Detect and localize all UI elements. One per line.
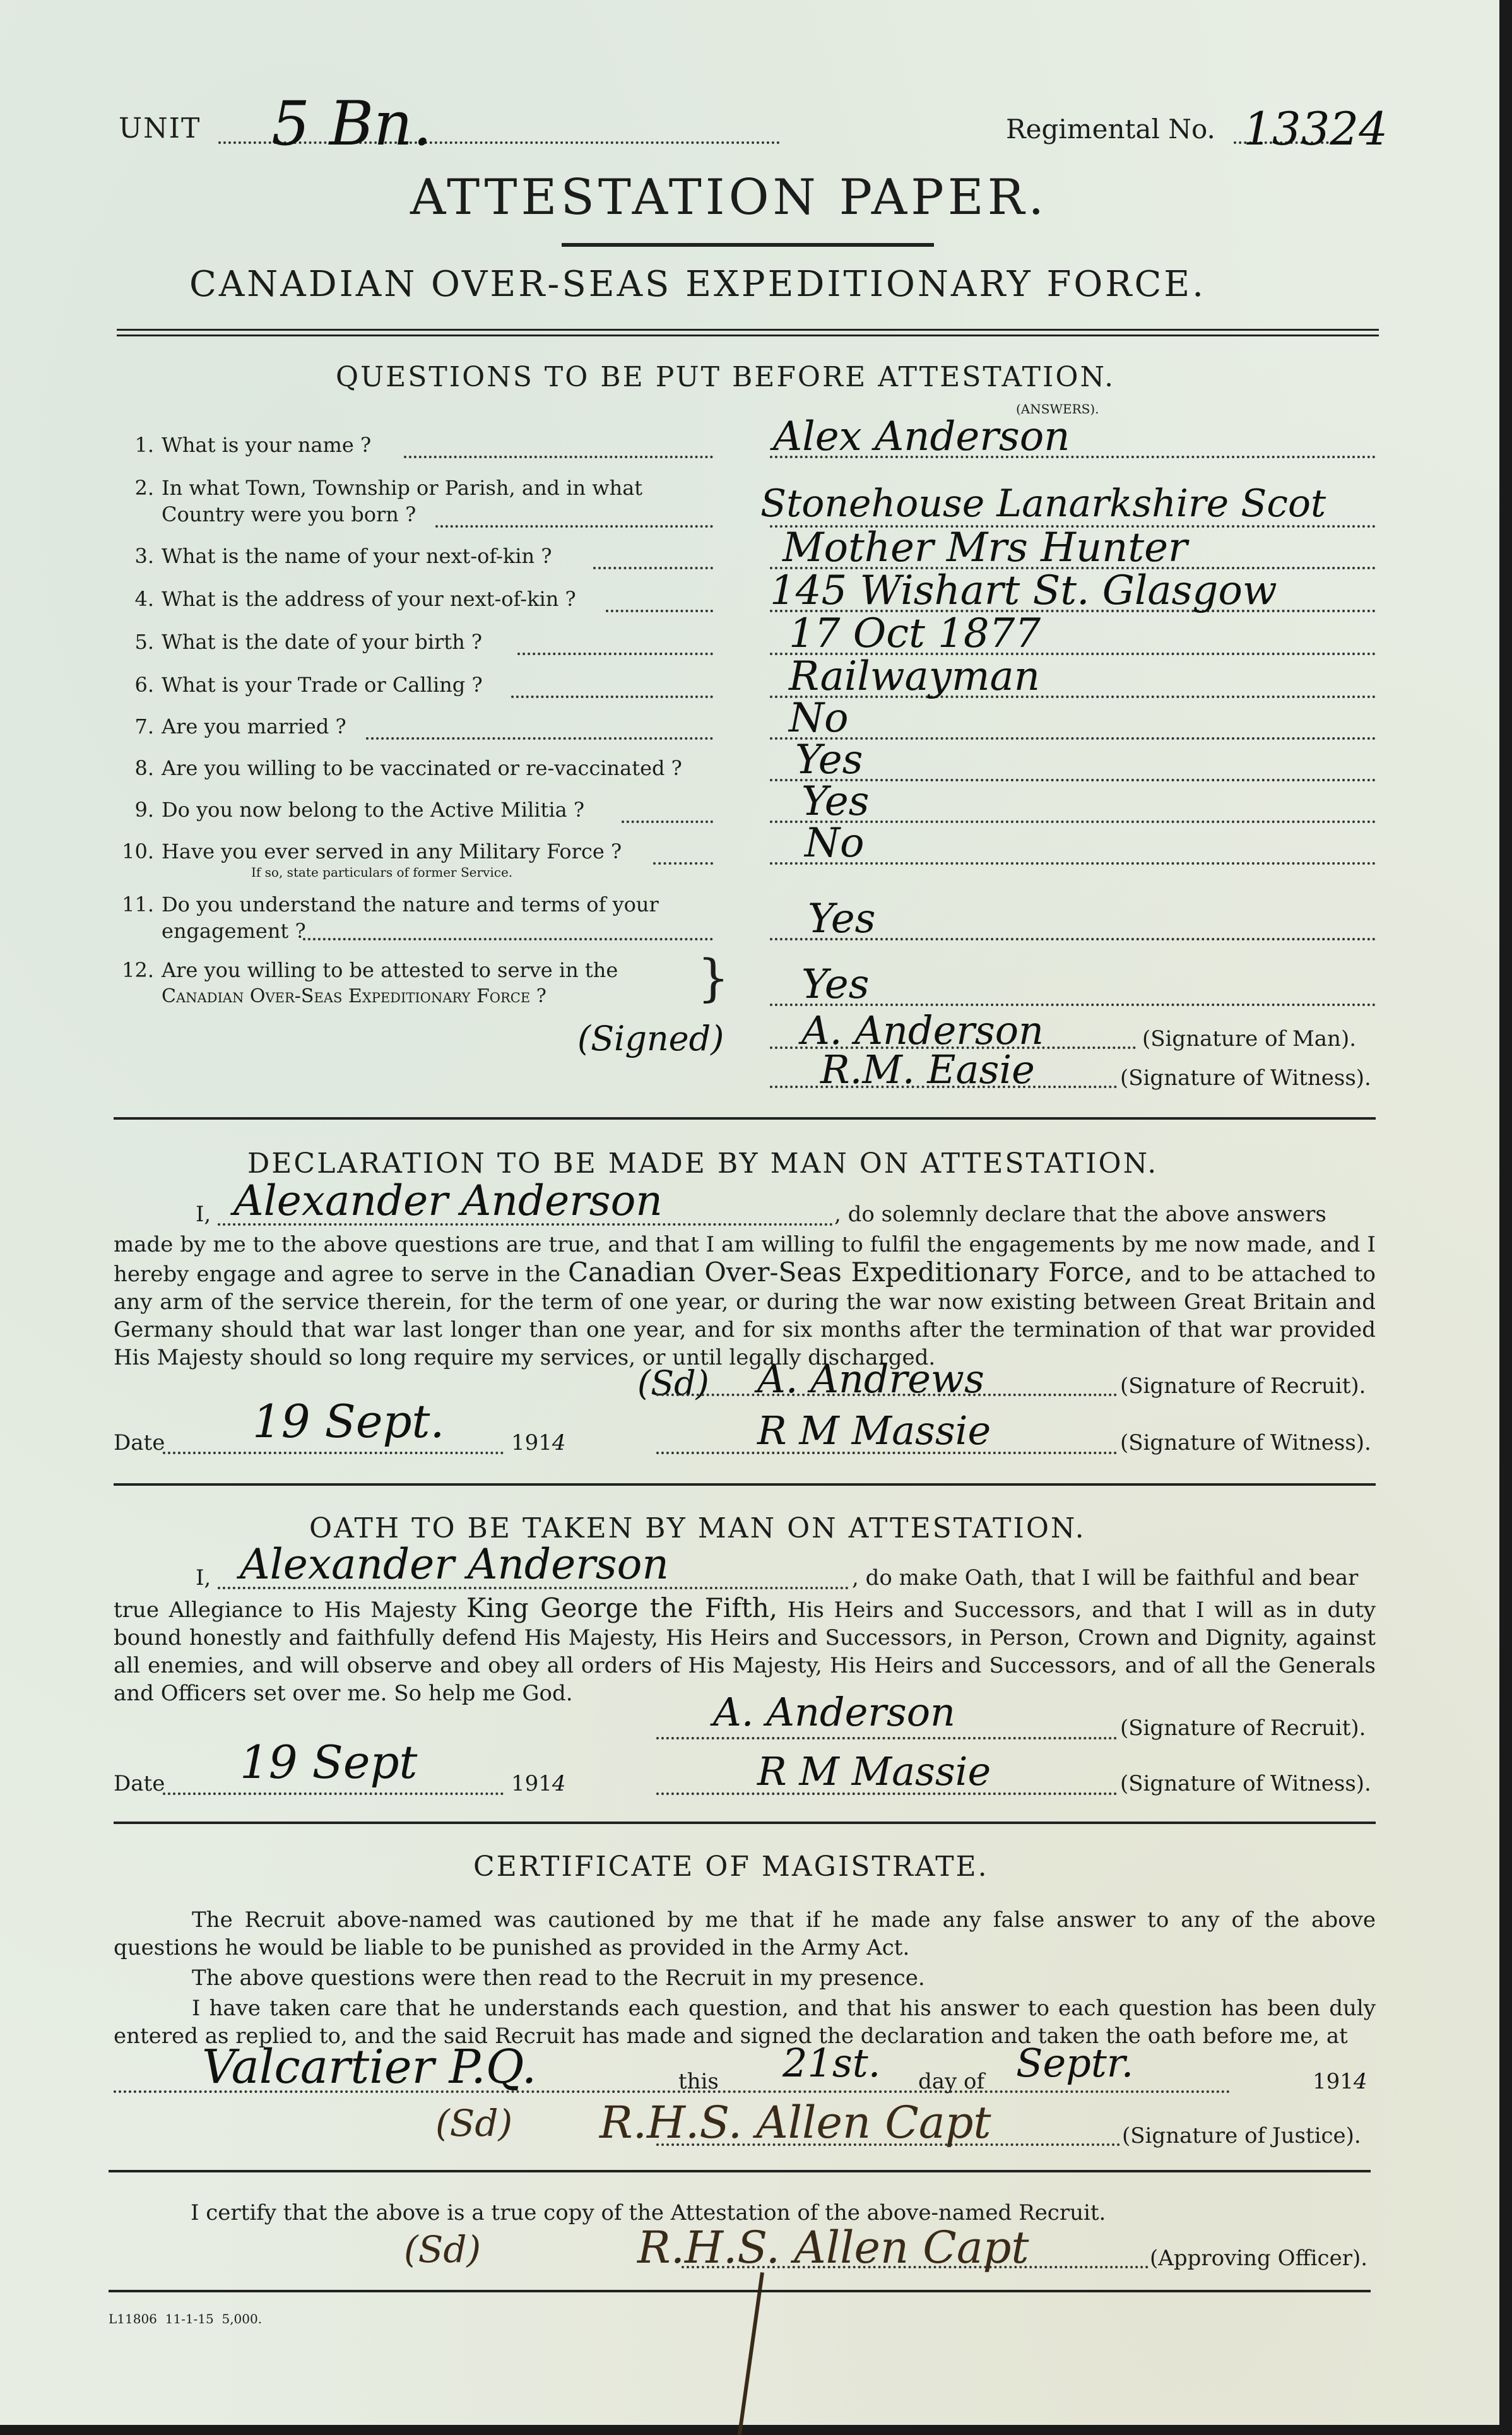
answer-12[interactable]: Yes	[801, 964, 869, 1005]
question-11-line2: engagement ?	[162, 918, 306, 944]
question-11: 11.Do you understand the nature and term…	[119, 891, 659, 918]
question-3: 3.What is the name of your next-of-kin ?	[119, 543, 552, 569]
answer-8[interactable]: Yes	[795, 740, 863, 780]
answer-10[interactable]: No	[805, 823, 865, 863]
oath-date-label: Date	[114, 1771, 165, 1796]
declaration-signature-recruit[interactable]: A. Andrews	[757, 1356, 984, 1402]
answer-11[interactable]: Yes	[808, 899, 875, 939]
print-code: L11806 11-1-15 5,000.	[109, 2311, 262, 2326]
oath-date-line	[163, 1792, 504, 1795]
question-1: 1.What is your name ?	[119, 432, 371, 458]
oath-name[interactable]: Alexander Anderson	[240, 1540, 669, 1589]
sig-man-label: (Signature of Man).	[1142, 1026, 1356, 1052]
magistrate-place[interactable]: Valcartier P.Q.	[202, 2040, 536, 2094]
answer-1[interactable]: Alex Anderson	[773, 417, 1070, 457]
magistrate-para-1: The Recruit above-named was cautioned by…	[114, 1906, 1376, 1962]
oath-year: 1914	[511, 1771, 566, 1796]
oath-sig-recruit-label: (Signature of Recruit).	[1120, 1715, 1366, 1741]
attestation-paper: UNIT 5 Bn. Regimental No. 13324 ATTESTAT…	[0, 0, 1499, 2425]
oath-i: I,	[196, 1565, 211, 1591]
question-12: 12.Are you willing to be attested to ser…	[119, 957, 618, 983]
answer-6[interactable]: Railwayman	[789, 656, 1040, 697]
declaration-line1: , do solemnly declare that the above ans…	[834, 1202, 1326, 1227]
oath-signature-recruit[interactable]: A. Anderson	[713, 1689, 955, 1735]
question-leader	[606, 610, 713, 612]
section-divider	[114, 1822, 1376, 1824]
question-leader	[511, 696, 713, 698]
document-title: ATTESTATION PAPER.	[410, 169, 1048, 226]
title-underline	[562, 243, 934, 247]
magistrate-month[interactable]: Septr.	[1016, 2040, 1133, 2086]
magistrate-this: this	[678, 2069, 719, 2094]
oath-date[interactable]: 19 Sept	[240, 1736, 417, 1789]
question-2-line2: Country were you born ?	[162, 501, 416, 528]
oath-sig-witness-label: (Signature of Witness).	[1120, 1771, 1371, 1796]
approving-officer-label: (Approving Officer).	[1150, 2246, 1367, 2271]
question-9: 9.Do you now belong to the Active Militi…	[119, 797, 584, 823]
oath-signature-witness[interactable]: R M Massie	[757, 1748, 991, 1794]
question-12-line2: Canadian Over-Seas Expeditionary Force ?	[162, 983, 546, 1010]
answer-5[interactable]: 17 Oct 1877	[789, 613, 1041, 654]
answer-3[interactable]: Mother Mrs Hunter	[783, 528, 1188, 568]
question-8: 8.Are you willing to be vaccinated or re…	[119, 755, 682, 781]
answer-7[interactable]: No	[789, 698, 849, 738]
magistrate-para-2: The above questions were then read to th…	[114, 1964, 1376, 1992]
king-name: King George the Fifth,	[466, 1592, 777, 1623]
signature-witness[interactable]: R.M. Easie	[820, 1046, 1035, 1093]
decl-sig-recruit-label: (Signature of Recruit).	[1120, 1373, 1366, 1399]
question-leader	[303, 938, 713, 940]
question-10-note: If so, state particulars of former Servi…	[251, 865, 512, 880]
declaration-i: I,	[196, 1202, 211, 1227]
question-2: 2.In what Town, Township or Parish, and …	[119, 475, 642, 501]
decl-date-line	[163, 1452, 504, 1454]
question-leader	[404, 456, 713, 458]
justice-sig-prefix: (Sd)	[435, 2102, 512, 2145]
section-divider	[114, 1483, 1376, 1486]
magistrate-day-of: day of	[918, 2069, 984, 2094]
document-subtitle: CANADIAN OVER-SEAS EXPEDITIONARY FORCE.	[189, 264, 1206, 305]
question-leader	[593, 567, 713, 569]
section-divider	[109, 2290, 1371, 2292]
certify-sig-prefix: (Sd)	[404, 2228, 481, 2271]
declaration-sig-prefix: (Sd)	[637, 1363, 709, 1403]
declaration-date-label: Date	[114, 1430, 165, 1455]
question-leader	[653, 862, 713, 865]
questions-heading: QUESTIONS TO BE PUT BEFORE ATTESTATION.	[336, 361, 1115, 393]
oath-sig-recruit-line	[656, 1737, 1117, 1739]
header-double-rule-bottom	[117, 335, 1379, 336]
signature-justice[interactable]: R.H.S. Allen Capt	[599, 2097, 991, 2148]
brace: }	[697, 953, 729, 1004]
question-7: 7.Are you married ?	[119, 713, 346, 740]
question-leader	[622, 821, 713, 823]
declaration-name[interactable]: Alexander Anderson	[233, 1176, 663, 1225]
section-divider	[114, 1117, 1376, 1120]
declaration-signature-witness[interactable]: R M Massie	[757, 1407, 991, 1454]
justice-sig-label: (Signature of Justice).	[1122, 2123, 1361, 2148]
question-leader	[366, 737, 713, 740]
answer-9[interactable]: Yes	[801, 781, 869, 822]
regimental-no-value[interactable]: 13324	[1243, 102, 1388, 155]
declaration-date[interactable]: 19 Sept.	[252, 1395, 444, 1448]
header-double-rule-top	[117, 329, 1379, 331]
question-5: 5.What is the date of your birth ?	[119, 629, 482, 655]
unit-label: UNIT	[119, 112, 201, 145]
answer-2[interactable]: Stonehouse Lanarkshire Scot	[760, 483, 1326, 524]
unit-value[interactable]: 5 Bn.	[271, 88, 432, 159]
declaration-year: 1914	[511, 1430, 566, 1455]
declaration-body: made by me to the above questions are tr…	[114, 1231, 1376, 1372]
question-10: 10.Have you ever served in any Military …	[119, 838, 622, 865]
question-leader	[517, 653, 713, 655]
decl-sig-witness-label: (Signature of Witness).	[1120, 1430, 1371, 1455]
force-name: Canadian Over-Seas Expeditionary Force,	[568, 1257, 1133, 1288]
question-6: 6.What is your Trade or Calling ?	[119, 672, 483, 698]
signed-prefix: (Signed)	[577, 1019, 724, 1058]
magistrate-year: 1914	[1313, 2069, 1367, 2094]
signature-approving-officer[interactable]: R.H.S. Allen Capt	[637, 2222, 1029, 2273]
regimental-no-label: Regimental No.	[1006, 114, 1215, 145]
declaration-heading: DECLARATION TO BE MADE BY MAN ON ATTESTA…	[247, 1147, 1158, 1180]
section-divider	[109, 2170, 1371, 2172]
oath-line1: , do make Oath, that I will be faithful …	[852, 1565, 1358, 1591]
signature-pen-stroke	[738, 2272, 764, 2435]
question-4: 4.What is the address of your next-of-ki…	[119, 586, 576, 612]
question-leader	[435, 525, 713, 528]
magistrate-day[interactable]: 21st.	[783, 2040, 880, 2086]
sig-witness-label: (Signature of Witness).	[1120, 1065, 1371, 1091]
magistrate-heading: CERTIFICATE OF MAGISTRATE.	[473, 1851, 989, 1883]
answer-4[interactable]: 145 Wishart St. Glasgow	[770, 571, 1277, 611]
